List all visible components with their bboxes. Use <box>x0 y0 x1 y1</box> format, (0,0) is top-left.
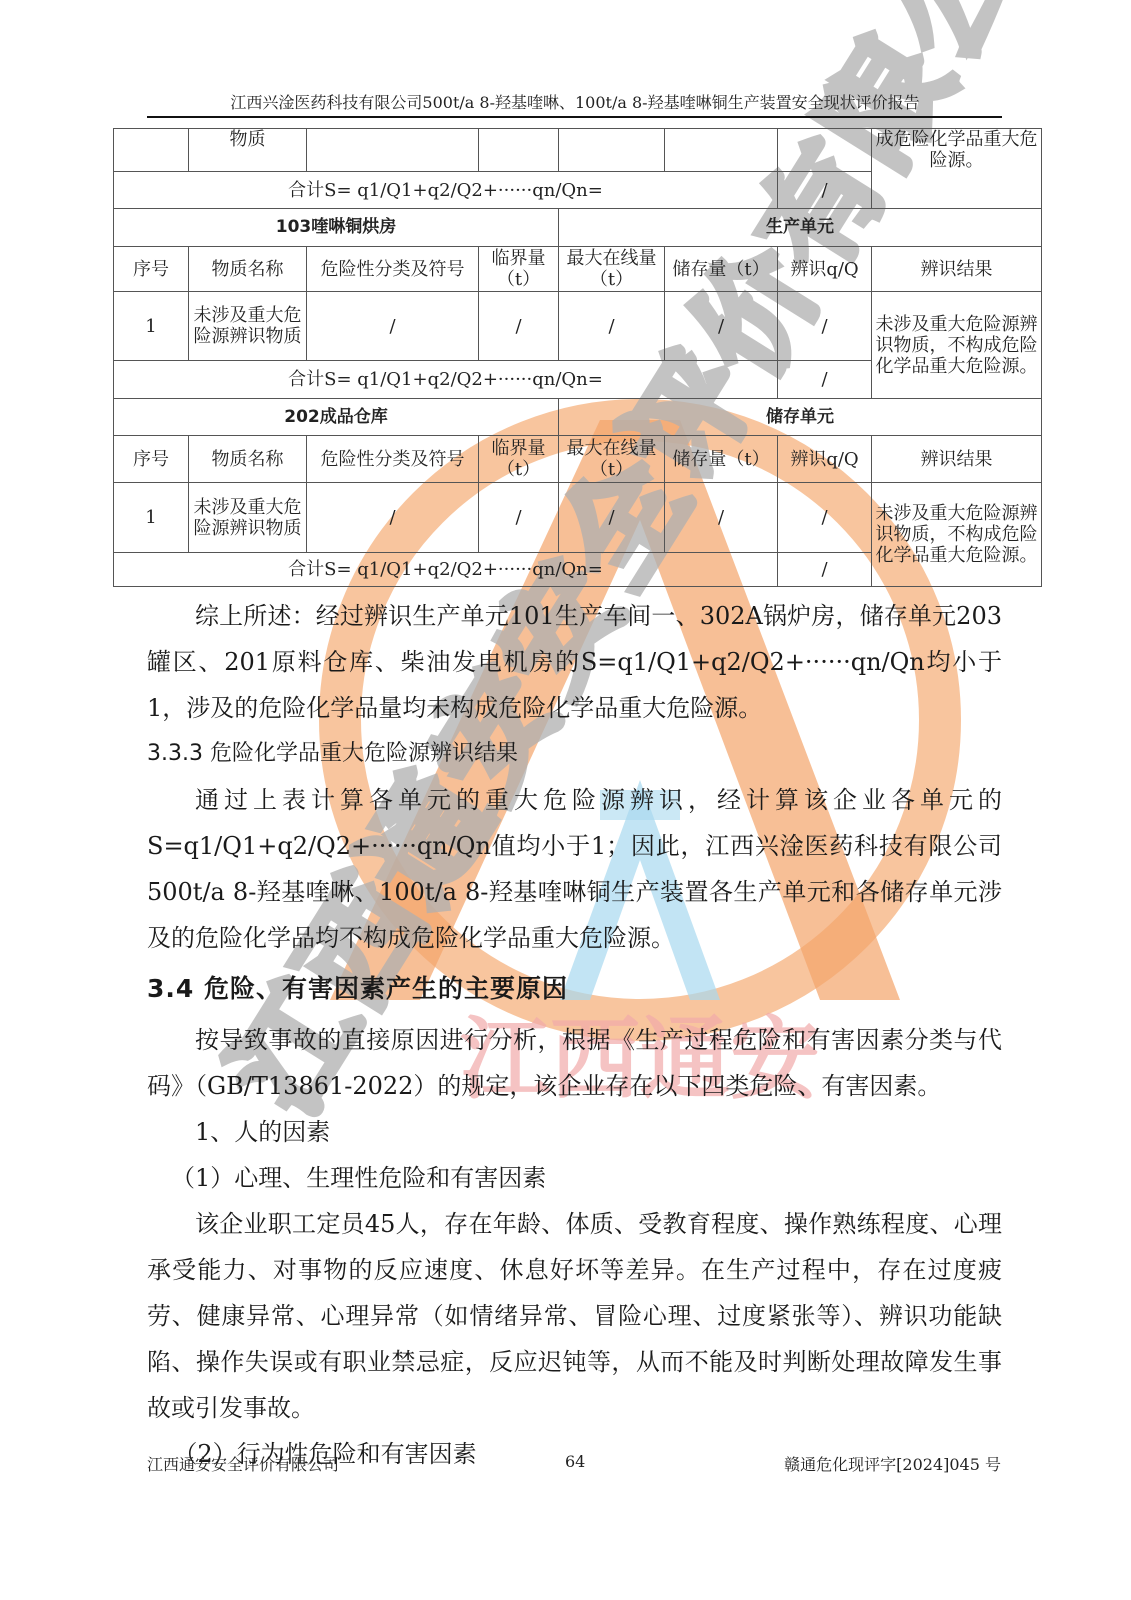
cell-max-online: / <box>559 292 665 361</box>
cell-critical: / <box>479 292 559 361</box>
footer-company: 江西通安安全评价有限公司 <box>147 1452 339 1475</box>
hazard-identification-table: 物质 成危险化学品重大危险源。 合计S= q1/Q1+q2/Q2+······q… <box>113 128 1042 587</box>
section-3-4-heading: 3.4 危险、有害因素产生的主要原因 <box>147 961 1002 1017</box>
body-content: 综上所述：经过辨识生产单元101生产车间一、302A锅炉房，储存单元203罐区、… <box>147 593 1002 1477</box>
table-section-header: 103喹啉铜烘房 生产单元 <box>114 209 1042 247</box>
cell-hazard: / <box>307 292 479 361</box>
col-header-no: 序号 <box>114 436 189 483</box>
page: 江西兴淦医药科技有限公司500t/a 8-羟基喹啉、100t/a 8-羟基喹啉铜… <box>0 0 1131 1600</box>
cell-hazard: / <box>307 483 479 553</box>
cell-no <box>114 129 189 172</box>
col-header-critical: 临界量（t） <box>479 436 559 483</box>
cell-result: 未涉及重大危险源辨识物质，不构成危险化学品重大危险源。 <box>872 483 1042 587</box>
unit-name: 103喹啉铜烘房 <box>114 209 559 247</box>
table-row-continued: 物质 成危险化学品重大危险源。 <box>114 129 1042 172</box>
cell-storage: / <box>665 292 778 361</box>
table-column-header: 序号 物质名称 危险性分类及符号 临界量（t） 最大在线量（t） 储存量（t） … <box>114 247 1042 292</box>
page-header: 江西兴淦医药科技有限公司500t/a 8-羟基喹啉、100t/a 8-羟基喹啉铜… <box>150 90 1000 113</box>
footer-page-number: 64 <box>565 1452 585 1471</box>
sum-label: 合计S= q1/Q1+q2/Q2+······qn/Qn= <box>114 361 778 399</box>
cell-no: 1 <box>114 483 189 553</box>
col-header-storage: 储存量（t） <box>665 436 778 483</box>
item-1-1-heading: （1）心理、生理性危险和有害因素 <box>147 1155 1002 1201</box>
cell-result: 成危险化学品重大危险源。 <box>872 129 1042 209</box>
table-row: 1 未涉及重大危险源辨识物质 / / / / / 未涉及重大危险源辨识物质，不构… <box>114 292 1042 361</box>
sum-label: 合计S= q1/Q1+q2/Q2+······qn/Qn= <box>114 553 778 587</box>
section-3-3-3-heading: 3.3.3 危险化学品重大危险源辨识结果 <box>147 731 1002 777</box>
cell-name: 物质 <box>189 129 307 172</box>
header-rule <box>147 116 1002 118</box>
cell-no: 1 <box>114 292 189 361</box>
col-header-result: 辨识结果 <box>872 247 1042 292</box>
unit-type: 储存单元 <box>559 399 1042 436</box>
section-3-4-paragraph: 按导致事故的直接原因进行分析，根据《生产过程危险和有害因素分类与代码》（GB/T… <box>147 1017 1002 1109</box>
cell-max-online: / <box>559 483 665 553</box>
col-header-no: 序号 <box>114 247 189 292</box>
cell-qq: / <box>778 483 872 553</box>
sum-label: 合计S= q1/Q1+q2/Q2+······qn/Qn= <box>114 172 778 209</box>
col-header-qq: 辨识q/Q <box>778 247 872 292</box>
col-header-result: 辨识结果 <box>872 436 1042 483</box>
cell-critical: / <box>479 483 559 553</box>
unit-name: 202成品仓库 <box>114 399 559 436</box>
col-header-hazard: 危险性分类及符号 <box>307 247 479 292</box>
cell-result: 未涉及重大危险源辨识物质，不构成危险化学品重大危险源。 <box>872 292 1042 399</box>
col-header-qq: 辨识q/Q <box>778 436 872 483</box>
cell-qq: / <box>778 292 872 361</box>
col-header-max-online: 最大在线量（t） <box>559 436 665 483</box>
table-row: 1 未涉及重大危险源辨识物质 / / / / / 未涉及重大危险源辨识物质，不构… <box>114 483 1042 553</box>
col-header-hazard: 危险性分类及符号 <box>307 436 479 483</box>
cell-storage: / <box>665 483 778 553</box>
col-header-name: 物质名称 <box>189 247 307 292</box>
unit-type: 生产单元 <box>559 209 1042 247</box>
col-header-name: 物质名称 <box>189 436 307 483</box>
col-header-critical: 临界量（t） <box>479 247 559 292</box>
item-1-heading: 1、人的因素 <box>147 1109 1002 1155</box>
col-header-max-online: 最大在线量（t） <box>559 247 665 292</box>
col-header-storage: 储存量（t） <box>665 247 778 292</box>
cell-name: 未涉及重大危险源辨识物质 <box>189 483 307 553</box>
table-column-header: 序号 物质名称 危险性分类及符号 临界量（t） 最大在线量（t） 储存量（t） … <box>114 436 1042 483</box>
item-1-1-paragraph: 该企业职工定员45人，存在年龄、体质、受教育程度、操作熟练程度、心理承受能力、对… <box>147 1201 1002 1431</box>
footer-doc-number: 赣通危化现评字[2024]045 号 <box>784 1452 1001 1475</box>
section-3-3-3-paragraph: 通过上表计算各单元的重大危险源辨识，经计算该企业各单元的S=q1/Q1+q2/Q… <box>147 777 1002 961</box>
sum-value: / <box>778 172 872 209</box>
summary-paragraph: 综上所述：经过辨识生产单元101生产车间一、302A锅炉房，储存单元203罐区、… <box>147 593 1002 731</box>
cell-name: 未涉及重大危险源辨识物质 <box>189 292 307 361</box>
table-section-header: 202成品仓库 储存单元 <box>114 399 1042 436</box>
sum-value: / <box>778 361 872 399</box>
sum-value: / <box>778 553 872 587</box>
